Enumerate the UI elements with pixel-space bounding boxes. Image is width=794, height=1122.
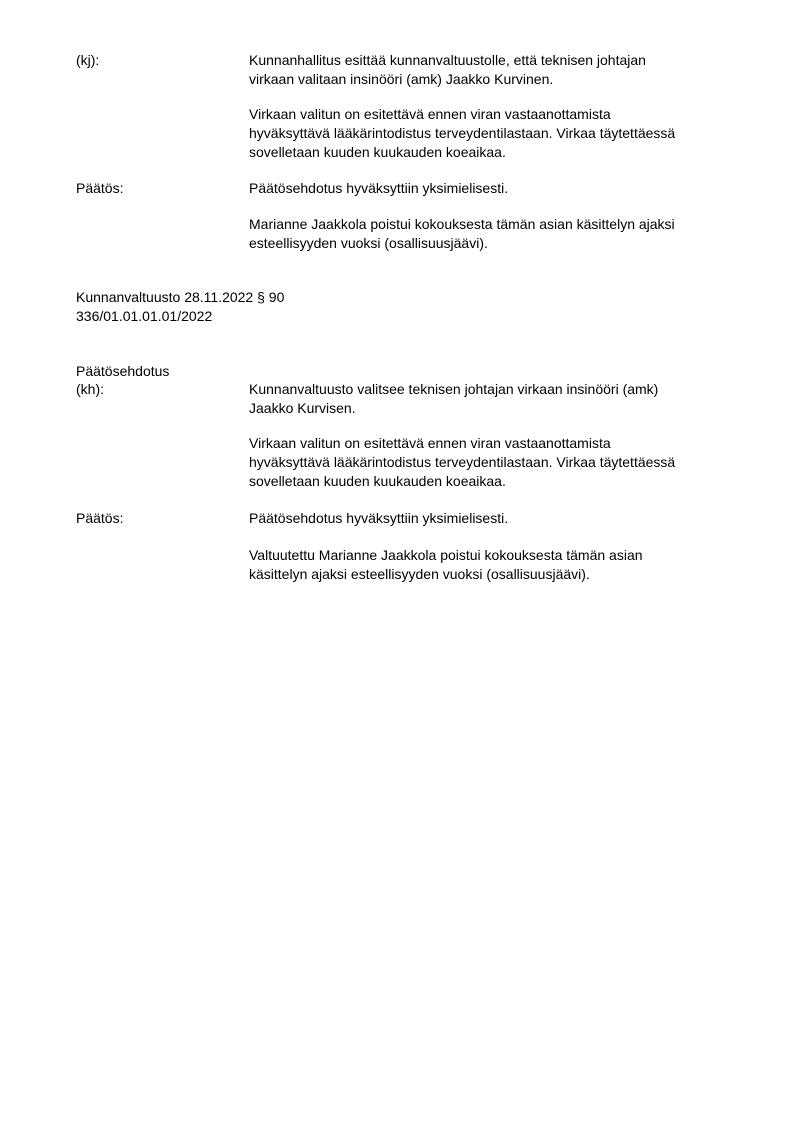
text-line: käsittelyn ajaksi esteellisyyden vuoksi … <box>249 565 737 584</box>
council-meeting-heading: Kunnanvaltuusto 28.11.2022 § 90 <box>76 288 284 307</box>
proposal-text-kj: Kunnanhallitus esittää kunnanvaltuustoll… <box>249 51 737 89</box>
text-line: Kunnanhallitus esittää kunnanvaltuustoll… <box>249 51 737 70</box>
disqualification-note-2: Valtuutettu Marianne Jaakkola poistui ko… <box>249 546 737 584</box>
decision-text-2: Päätösehdotus hyväksyttiin yksimielisest… <box>249 509 737 528</box>
text-line: virkaan valitaan insinööri (amk) Jaakko … <box>249 70 737 89</box>
text-line: Marianne Jaakkola poistui kokouksesta tä… <box>249 215 737 234</box>
text-line: hyväksyttävä lääkärintodistus terveydent… <box>249 124 737 143</box>
proposal-label-kj: (kj): <box>76 51 99 70</box>
text-line: Valtuutettu Marianne Jaakkola poistui ko… <box>249 546 737 565</box>
text-line: esteellisyyden vuoksi (osallisuusjäävi). <box>249 234 737 253</box>
decision-label-1: Päätös: <box>76 179 123 198</box>
case-reference-number: 336/01.01.01.01/2022 <box>76 307 212 326</box>
condition-text-kj: Virkaan valitun on esitettävä ennen vira… <box>249 105 737 162</box>
proposal-text-kh: Kunnanvaltuusto valitsee teknisen johtaj… <box>249 380 737 418</box>
text-line: Kunnanvaltuusto valitsee teknisen johtaj… <box>249 380 737 399</box>
text-line: hyväksyttävä lääkärintodistus terveydent… <box>249 453 737 472</box>
text-line: sovelletaan kuuden kuukauden koeaikaa. <box>249 472 737 491</box>
text-line: Virkaan valitun on esitettävä ennen vira… <box>249 105 737 124</box>
text-line: Jaakko Kurvisen. <box>249 399 737 418</box>
decision-text-1: Päätösehdotus hyväksyttiin yksimielisest… <box>249 179 737 198</box>
proposal-label-kh-line2: (kh): <box>76 380 104 399</box>
text-line: Virkaan valitun on esitettävä ennen vira… <box>249 434 737 453</box>
disqualification-note-1: Marianne Jaakkola poistui kokouksesta tä… <box>249 215 737 253</box>
condition-text-kh: Virkaan valitun on esitettävä ennen vira… <box>249 434 737 491</box>
text-line: sovelletaan kuuden kuukauden koeaikaa. <box>249 143 737 162</box>
decision-label-2: Päätös: <box>76 509 123 528</box>
proposal-label-kh-line1: Päätösehdotus <box>76 362 169 381</box>
